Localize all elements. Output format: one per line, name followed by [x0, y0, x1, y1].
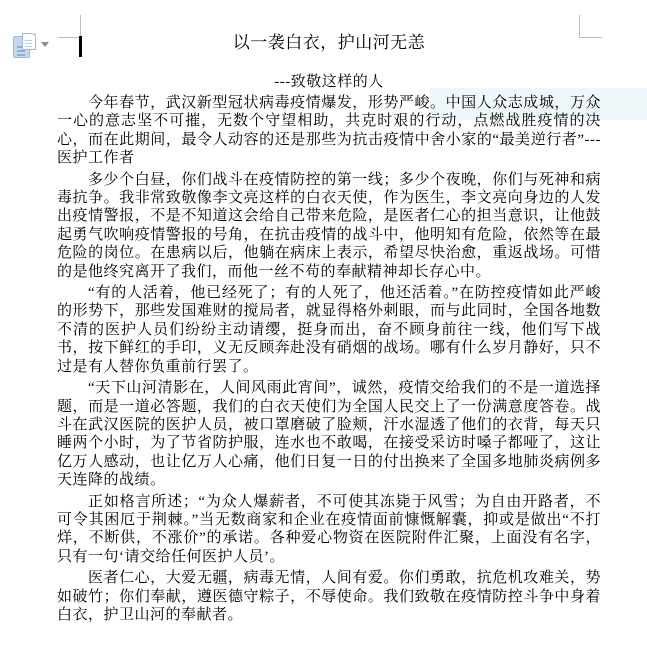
paragraph-4[interactable]: “天下山河清影在，人间风雨此宵间”，诚然，疫情交给我们的不是一道选择题，而是一道… [57, 379, 601, 489]
document-text-area[interactable]: 以一袭白衣，护山河无恙 ---致敬这样的人 今年春节，武汉新型冠状病毒疫情爆发，… [57, 30, 601, 627]
paragraph-1[interactable]: 今年春节，武汉新型冠状病毒疫情爆发，形势严峻。中国人众志成城，万众一心的意志坚不… [57, 94, 601, 168]
paragraph-3[interactable]: “有的人活着，他已经死了；有的人死了，他还活着。”在防控疫情如此严峻的形势下，那… [57, 284, 601, 376]
text-cursor-caret [79, 36, 82, 57]
page-shape [22, 33, 36, 50]
paragraph-6[interactable]: 医者仁心，大爱无疆，病毒无情，人间有爱。你们勇敢，抗危机攻难关，势如破竹；你们奉… [57, 569, 601, 624]
paragraph-5[interactable]: 正如格言所述；“为众人爆薪者，不可使其冻毙于风雪；为自由开路者，不可令其困厄于荆… [57, 493, 601, 567]
document-title[interactable]: 以一袭白衣，护山河无恙 [57, 30, 601, 56]
document-subtitle[interactable]: ---致敬这样的人 [57, 72, 601, 92]
folded-corner [31, 33, 36, 38]
word-processor-page: { "colors": { "page_background": "#fffff… [0, 0, 647, 663]
paste-options-icon [13, 33, 35, 57]
dropdown-arrow-icon[interactable] [41, 42, 49, 47]
paragraph-2[interactable]: 多少个白昼，你们战斗在疫情防控的第一线；多少个夜晚，你们与死神和病毒抗争。我非常… [57, 171, 601, 281]
paste-options-button[interactable] [12, 32, 52, 59]
